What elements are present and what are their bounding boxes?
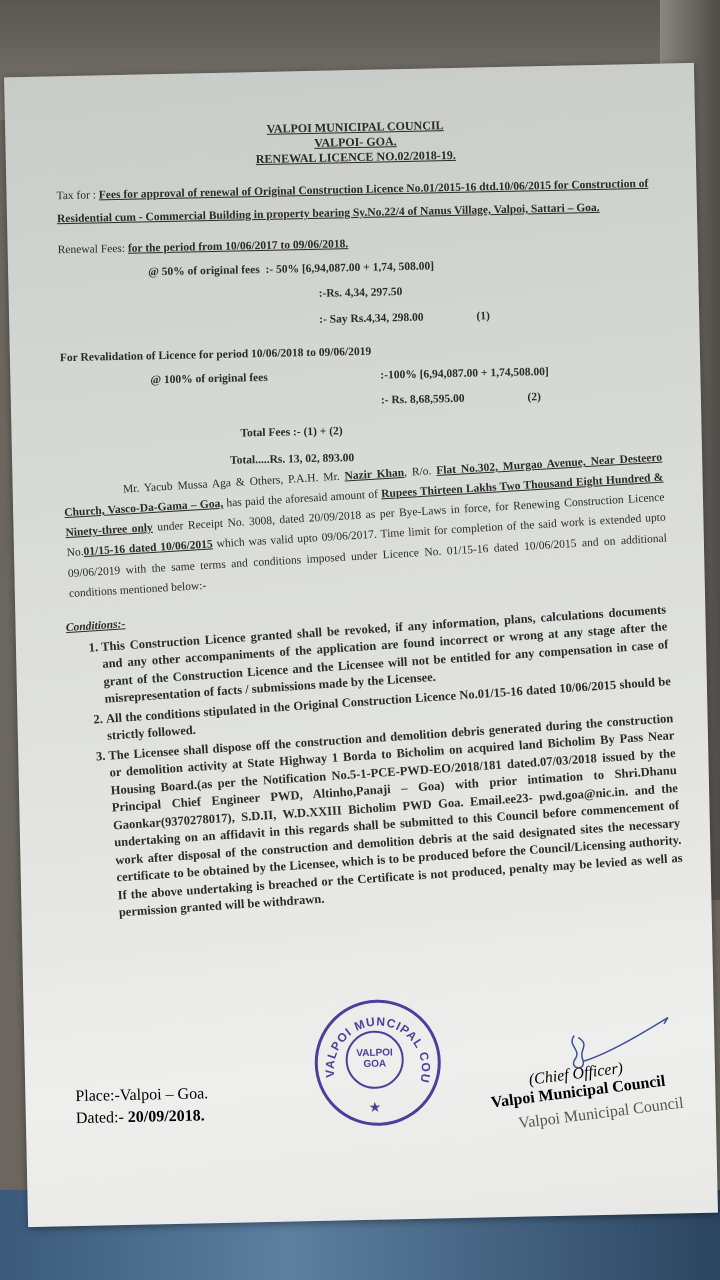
seal-center-line: GOA bbox=[348, 1058, 402, 1070]
place-value: Valpoi – Goa. bbox=[120, 1085, 209, 1104]
payer-name: Nazir Khan bbox=[344, 467, 404, 483]
total-formula: Total Fees :- (1) + (2) bbox=[61, 417, 661, 445]
dated-value: 20/09/2018. bbox=[128, 1108, 205, 1127]
renewal-period: for the period from 10/06/2017 to 09/06/… bbox=[128, 238, 348, 255]
renewal-fees-section: Renewal Fees: for the period from 10/06/… bbox=[58, 231, 660, 334]
revalidation-amount: :- Rs. 8,68,595.00 bbox=[381, 393, 465, 407]
document-body: VALPOI MUNICIPAL COUNCIL VALPOI- GOA. RE… bbox=[55, 114, 672, 927]
revalidation-section: For Revalidation of Licence for period 1… bbox=[60, 339, 661, 416]
payment-text: , R/o. bbox=[404, 465, 437, 479]
document-header: VALPOI MUNICIPAL COUNCIL VALPOI- GOA. RE… bbox=[55, 114, 656, 172]
licence-reference: 01/15-16 dated 10/06/2015 bbox=[83, 538, 213, 558]
revalidation-ref: (2) bbox=[527, 391, 541, 403]
tax-for-text: Fees for approval of renewal of Original… bbox=[57, 178, 648, 225]
revalidation-rate-label: @ 100% of original fees bbox=[60, 368, 380, 390]
star-icon: ★ bbox=[369, 1100, 382, 1117]
council-seal-stamp: VALPOI MUNCIPAL COUNCIL VALPOI GOA ★ bbox=[313, 998, 442, 1127]
tax-for: Tax for : Fees for approval of renewal o… bbox=[56, 173, 657, 232]
renewal-rate-label: @ 50% of original fees bbox=[148, 264, 260, 278]
condition-item: The Licensee shall dispose off the const… bbox=[108, 710, 684, 922]
renewal-say: :- Say Rs.4,34, 298.00 bbox=[319, 311, 424, 325]
payment-text: has paid the aforesaid amount of bbox=[223, 488, 382, 509]
licence-document: VALPOI MUNICIPAL COUNCIL VALPOI- GOA. RE… bbox=[4, 63, 718, 1227]
place-date: Place:-Valpoi – Goa. Dated:- 20/09/2018. bbox=[75, 1083, 209, 1131]
revalidation-rate-calc: :-100% [6,94,087.00 + 1,74,508.00] bbox=[380, 365, 549, 384]
revalidation-label: For Revalidation of Licence for period 1… bbox=[60, 339, 660, 367]
renewal-ref: (1) bbox=[476, 310, 490, 322]
signatory-block: (Chief Officer) Valpoi Municipal Council… bbox=[473, 1053, 685, 1138]
conditions-list: This Construction Licence granted shall … bbox=[67, 601, 685, 924]
renewal-rate-calc: :- 50% [6,94,087.00 + 1,74, 508.00] bbox=[265, 260, 434, 276]
dated-label: Dated:- bbox=[76, 1109, 124, 1127]
renewal-label: Renewal Fees: bbox=[58, 243, 126, 256]
document-footer: Place:-Valpoi – Goa. Dated:- 20/09/2018.… bbox=[73, 993, 686, 1176]
tax-for-label: Tax for : bbox=[56, 189, 96, 202]
place-label: Place:- bbox=[75, 1087, 120, 1105]
renewal-amount: :-Rs. 4,34, 297.50 bbox=[59, 280, 659, 308]
conditions-section: Conditions:- This Construction Licence g… bbox=[65, 582, 684, 925]
